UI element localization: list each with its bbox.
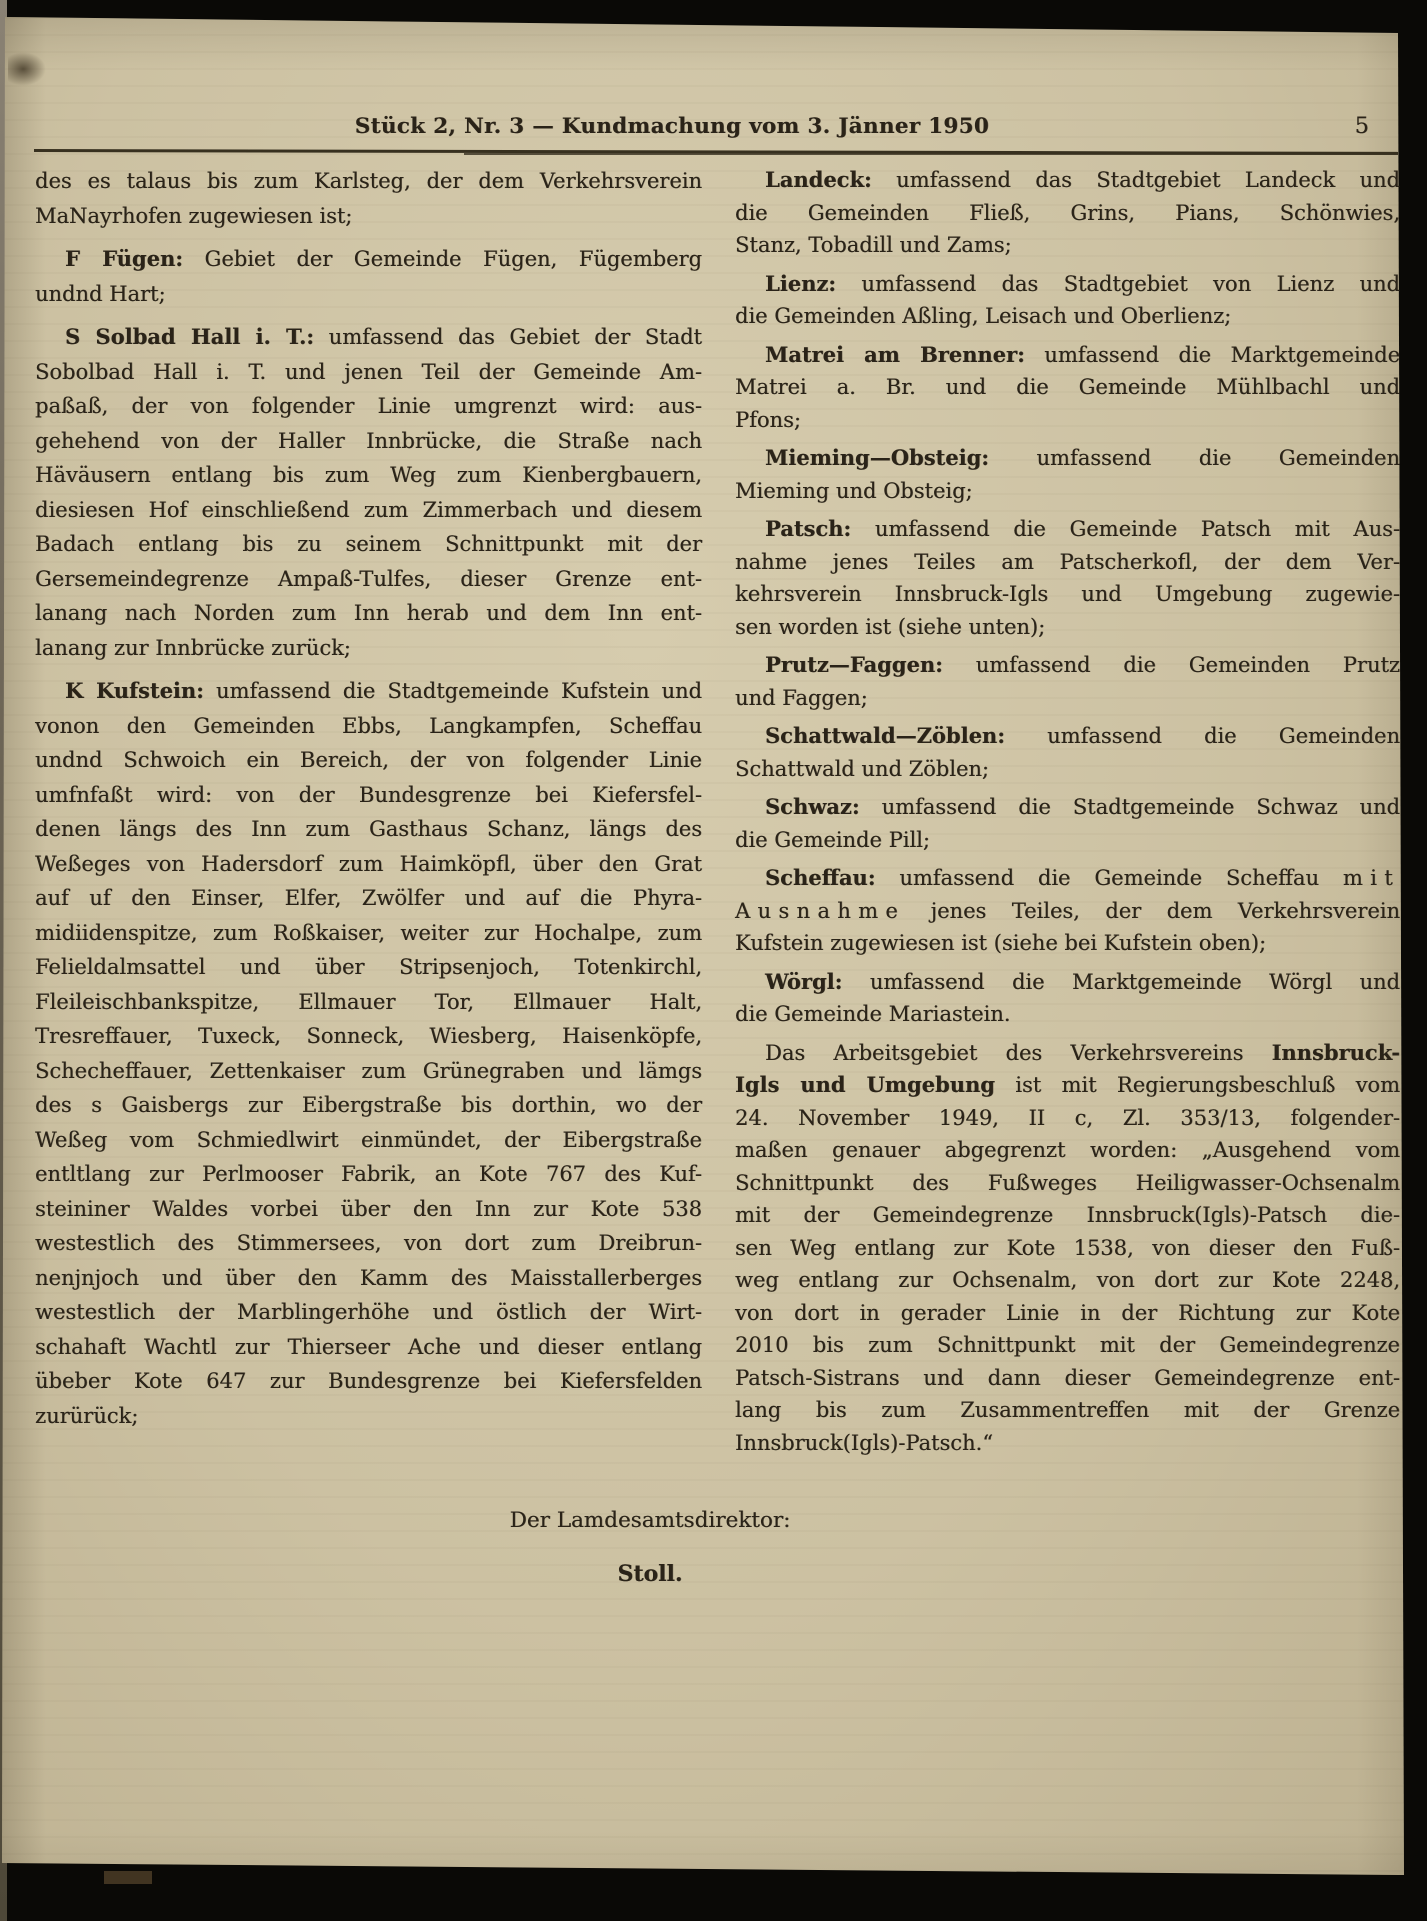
signature-role: Der Lamdesamtsdirektor: [0,1506,1300,1536]
paragraph: Lienz: umfassend das Stadtgebiet von Lie… [735,268,1400,333]
text-line: lang bis zum Zusammentreffen mit der Gre… [735,1394,1400,1427]
paragraph: Scheffau: umfassend die Gemeinde Scheffa… [735,862,1400,960]
text-line: Patsch-Sistrans und dann dieser Gemeinde… [735,1362,1400,1395]
signature-block: Der Lamdesamtsdirektor: Stoll. [0,1506,1300,1587]
text-line: undnd Hart; [35,277,702,312]
page-number: 5 [1355,113,1369,139]
text-line: die Gemeinde Pill; [735,824,1400,857]
paragraph: Prutz—Faggen: umfassend die Gemeinden Pr… [735,649,1400,714]
ink-blotch [8,52,46,86]
text-line: paßaß, der von folgender Linie umgrenzt … [35,389,702,424]
paragraph: F Fügen: Gebiet der Gemeinde Fügen, Füge… [35,242,702,311]
text-line: die Gemeinde Mariastein. [735,998,1400,1031]
text-line: Stanz, Tobadill und Zams; [735,229,1400,262]
text-line: Scheffau: umfassend die Gemeinde Scheffa… [735,862,1400,895]
paragraph: Schwaz: umfassend die Stadtgemeinde Schw… [735,791,1400,856]
text-line: entltlang zur Perlmooser Fabrik, an Kote… [35,1157,702,1192]
text-line: Landeck: umfassend das Stadtgebiet Lande… [735,164,1400,197]
text-line: Ausnahme jenes Teiles, der dem Verkehrsv… [735,895,1400,928]
text-line: die Gemeinden Aßling, Leisach und Oberli… [735,300,1400,333]
text-line: auf uf den Einser, Elfer, Zwölfer und au… [35,881,702,916]
text-line: Pfons; [735,404,1400,437]
paragraph: K Kufstein: umfassend die Stadtgemeinde … [35,674,702,1433]
signature-name: Stoll. [0,1561,1300,1587]
header-rule [34,149,1398,155]
text-line: Lienz: umfassend das Stadtgebiet von Lie… [735,268,1400,301]
text-line: Mieming—Obsteig: umfassend die Gemeinden [735,442,1400,475]
text-line: Schecheffauer, Zettenkaiser zum Grünegra… [35,1054,702,1089]
text-line: Weßeg vom Schmiedlwirt einmündet, der Ei… [35,1123,702,1158]
text-line: Mieming und Obsteig; [735,475,1400,508]
text-line: Wörgl: umfassend die Marktgemeinde Wörgl… [735,966,1400,999]
text-line: S Solbad Hall i. T.: umfassend das Gebie… [35,320,702,355]
paragraph: des es talaus bis zum Karlsteg, der dem … [35,164,702,233]
text-line: Schwaz: umfassend die Stadtgemeinde Schw… [735,791,1400,824]
text-line: die Gemeinden Fließ, Grins, Pians, Schön… [735,197,1400,230]
text-line: des s Gaisbergs zur Eibergstraße bis dor… [35,1088,702,1123]
text-line: von dort in gerader Linie in der Richtun… [735,1297,1400,1330]
scan-area: Stück 2, Nr. 3 — Kundmachung vom 3. Jänn… [0,0,1427,1921]
text-line: diesiesen Hof einschließend zum Zimmerba… [35,493,702,528]
text-line: mit der Gemeindegrenze Innsbruck(Igls)-P… [735,1199,1400,1232]
text-line: Felieldalmsattel und über Stripsenjoch, … [35,950,702,985]
paragraph: Das Arbeitsgebiet des Verkehrsvereins In… [735,1037,1400,1460]
text-line: steininer Waldes vorbei über den Inn zur… [35,1192,702,1227]
text-line: Patsch: umfassend die Gemeinde Patsch mi… [735,513,1400,546]
text-line: F Fügen: Gebiet der Gemeinde Fügen, Füge… [35,242,702,277]
paragraph: Patsch: umfassend die Gemeinde Patsch mi… [735,513,1400,643]
text-line: Fleileischbankspitze, Ellmauer Tor, Ellm… [35,985,702,1020]
bottom-edge-notch [104,1871,152,1884]
text-line: des es talaus bis zum Karlsteg, der dem … [35,164,702,199]
text-line: maßen genauer abgegrenzt worden: „Ausgeh… [735,1134,1400,1167]
text-line: westestlich des Stimmersees, von dort zu… [35,1226,702,1261]
text-line: Igls und Umgebung ist mit Regierungsbesc… [735,1069,1400,1102]
paragraph: S Solbad Hall i. T.: umfassend das Gebie… [35,320,702,665]
text-line: Schattwald und Zöblen; [735,753,1400,786]
paragraph: Mieming—Obsteig: umfassend die Gemeinden… [735,442,1400,507]
text-line: Gersemeindegrenze Ampaß-Tulfes, dieser G… [35,562,702,597]
text-line: übeber Kote 647 zur Bundesgrenze bei Kie… [35,1364,702,1399]
text-line: Schnittpunkt des Fußweges Heiligwasser-O… [735,1167,1400,1200]
text-line: Das Arbeitsgebiet des Verkehrsvereins In… [735,1037,1400,1070]
text-line: Kufstein zugewiesen ist (siehe bei Kufst… [735,927,1400,960]
text-line: schahaft Wachtl zur Thierseer Ache und d… [35,1330,702,1365]
text-line: Sobolbad Hall i. T. und jenen Teil der G… [35,355,702,390]
column-right: Landeck: umfassend das Stadtgebiet Lande… [735,164,1400,1459]
paragraph: Schattwald—Zöblen: umfassend die Gemeind… [735,720,1400,785]
paragraph: Landeck: umfassend das Stadtgebiet Lande… [735,164,1400,262]
text-line: und Faggen; [735,682,1400,715]
paragraph: Matrei am Brenner: umfassend die Marktge… [735,339,1400,437]
text-line: Weßeges von Hadersdorf zum Haimköpfl, üb… [35,847,702,882]
text-line: lanang nach Norden zum Inn herab und dem… [35,596,702,631]
text-line: K Kufstein: umfassend die Stadtgemeinde … [35,674,702,709]
text-line: nenjnjoch und über den Kamm des Maisstal… [35,1261,702,1296]
text-line: Matrei a. Br. und die Gemeinde Mühlbachl… [735,371,1400,404]
text-line: gehehend von der Haller Innbrücke, die S… [35,424,702,459]
text-line: Badach entlang bis zu seinem Schnittpunk… [35,527,702,562]
text-line: Innsbruck(Igls)-Patsch.“ [735,1427,1400,1460]
text-line: sen Weg entlang zur Kote 1538, von diese… [735,1232,1400,1265]
text-line: lanang zur Innbrücke zurück; [35,631,702,666]
paragraph: Wörgl: umfassend die Marktgemeinde Wörgl… [735,966,1400,1031]
text-line: denen längs des Inn zum Gasthaus Schanz,… [35,812,702,847]
text-line: Prutz—Faggen: umfassend die Gemeinden Pr… [735,649,1400,682]
text-line: westestlich der Marblingerhöhe und östli… [35,1295,702,1330]
text-line: weg entlang zur Ochsenalm, von dort zur … [735,1264,1400,1297]
text-line: midiidenspitze, zum Roßkaiser, weiter zu… [35,916,702,951]
text-line: Schattwald—Zöblen: umfassend die Gemeind… [735,720,1400,753]
text-line: kehrsverein Innsbruck-Igls und Umgebung … [735,578,1400,611]
text-line: Tresreffauer, Tuxeck, Sonneck, Wiesberg,… [35,1019,702,1054]
text-line: sen worden ist (siehe unten); [735,611,1400,644]
text-line: umfnfaßt wird: von der Bundesgrenze bei … [35,778,702,813]
text-line: vonon den Gemeinden Ebbs, Langkampfen, S… [35,709,702,744]
scanned-gazette-page: { "page": { "header": { "title": "Stück … [0,0,1427,1921]
text-line: 24. November 1949, II c, Zl. 353/13, fol… [735,1102,1400,1135]
text-line: Häväusern entlang bis zum Weg zum Kienbe… [35,458,702,493]
text-line: nahme jenes Teiles am Patscherkofl, der … [735,546,1400,579]
text-columns: des es talaus bis zum Karlsteg, der dem … [35,164,1400,1459]
text-line: Matrei am Brenner: umfassend die Marktge… [735,339,1400,372]
text-line: undnd Schwoich ein Bereich, der von folg… [35,743,702,778]
text-line: MaNayrhofen zugewiesen ist; [35,199,702,234]
text-line: zurürück; [35,1399,702,1434]
column-left: des es talaus bis zum Karlsteg, der dem … [35,164,702,1459]
text-line: 2010 bis zum Schnittpunkt mit der Gemein… [735,1329,1400,1362]
page-header-title: Stück 2, Nr. 3 — Kundmachung vom 3. Jänn… [355,114,989,139]
